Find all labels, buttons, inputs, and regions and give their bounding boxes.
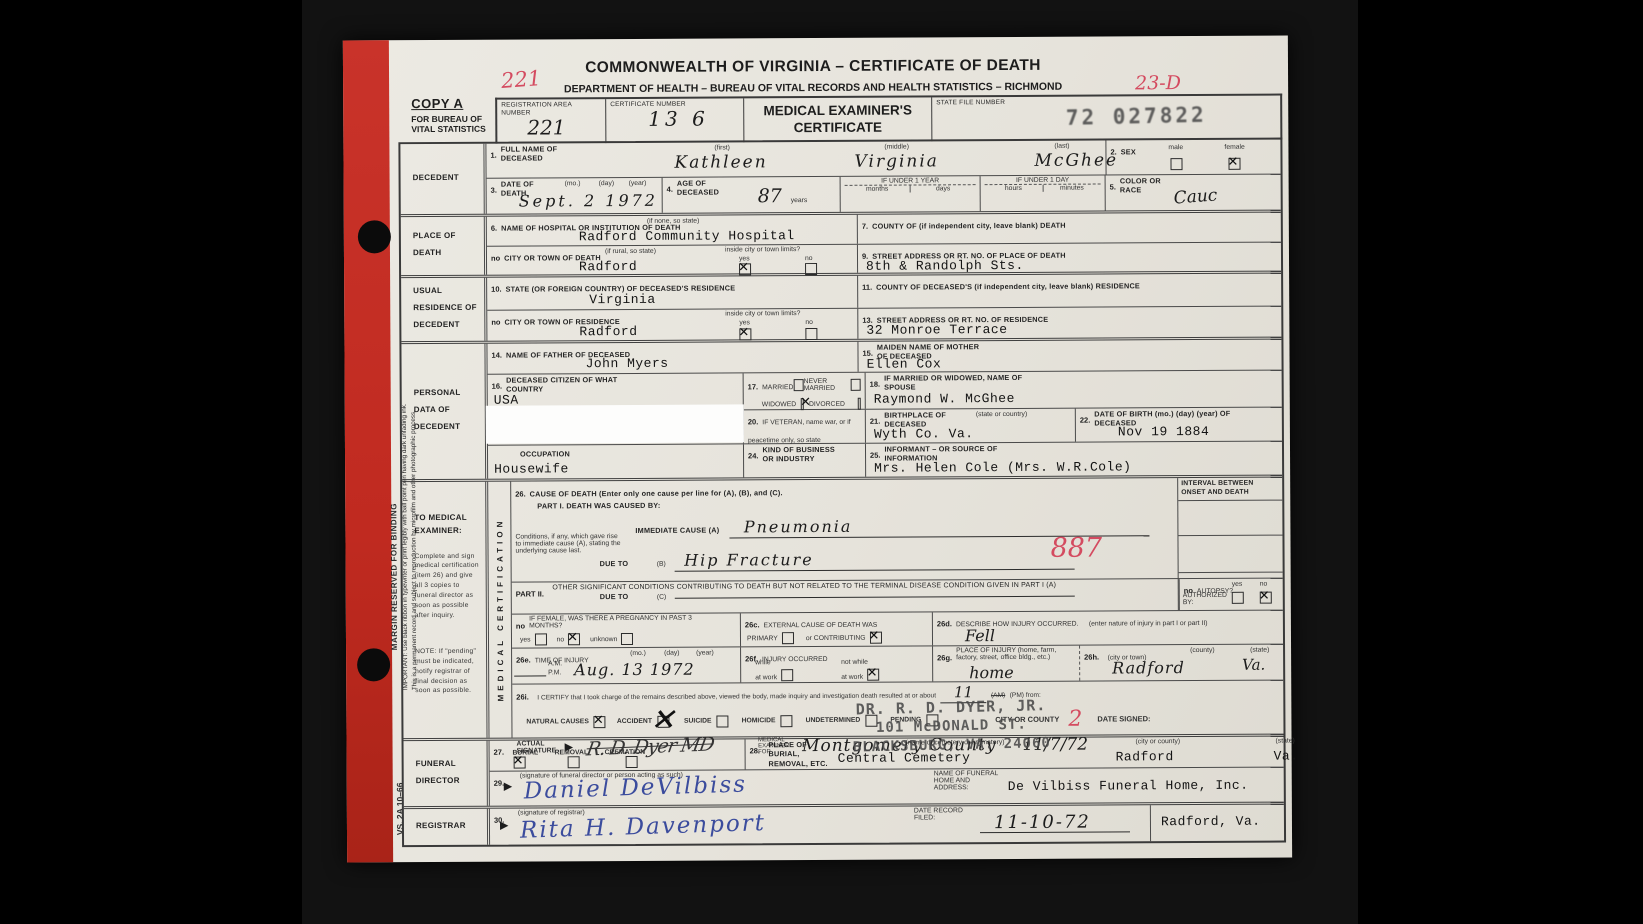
field-7-label: COUNTY OF (if independent city, leave bl… xyxy=(872,221,1066,231)
checkbox-burial xyxy=(514,757,526,769)
redaction-box xyxy=(486,404,744,443)
caption-inj-county: (county) xyxy=(1190,647,1215,654)
caption-homicide: HOMICIDE xyxy=(742,717,776,724)
field-external-cause: 26c.EXTERNAL CAUSE OF DEATH WAS PRIMARY … xyxy=(740,612,932,646)
field-veteran: 20.IF VETERAN, name war, or if peacetime… xyxy=(743,410,865,444)
field-county-residence: 11.COUNTY OF DECEASED'S (if independent … xyxy=(857,274,1281,308)
checkbox-cremation xyxy=(626,756,638,768)
caption-first: (first) xyxy=(714,144,730,151)
checkbox-preg-yes xyxy=(535,633,547,645)
caption-minutes: minutes xyxy=(1043,185,1101,192)
field-marital-status: 17.MARRIED NEVER MARRIED WIDOWED DIVORCE… xyxy=(743,373,865,410)
field-20-label: IF VETERAN, name war, or if peacetime on… xyxy=(748,419,851,445)
field-18-label: IF MARRIED OR WIDOWED, NAME OF SPOUSE xyxy=(884,373,1034,393)
time-blank-line xyxy=(514,675,546,676)
value-inj-city: Radford xyxy=(1112,658,1185,677)
field-24-number: 24. xyxy=(748,451,758,460)
certificate-number-value: 13 6 xyxy=(648,107,739,131)
caption-inj-state: (state) xyxy=(1250,647,1269,654)
certificate-form-grid: 887 DR. R. D. DYER, JR. 101 McDONALD ST.… xyxy=(398,138,1286,848)
caption-b: (B) xyxy=(657,561,666,568)
field-11-number: 11. xyxy=(862,283,872,292)
field-26-head1: CAUSE OF DEATH (Enter only one cause per… xyxy=(530,488,783,498)
caption-male: male xyxy=(1168,144,1183,151)
value-funeral-home: De Vilbiss Funeral Home, Inc. xyxy=(1008,778,1249,794)
field-17-number: 17. xyxy=(748,382,758,391)
field-4-number: 4. xyxy=(667,185,673,194)
sidebar-personal-data: PERSONAL DATA OF DECEDENT xyxy=(401,344,488,479)
sidebar-pending-note: NOTE: If "pending" must be indicated, no… xyxy=(415,647,482,697)
caption-primary: PRIMARY xyxy=(747,635,778,642)
value-burial-state: Va. xyxy=(1274,748,1299,763)
field-8-number: no xyxy=(491,254,500,263)
field-26c-label: EXTERNAL CAUSE OF DEATH WAS xyxy=(764,622,878,630)
field-3-number: 3. xyxy=(491,186,497,195)
value-how-injury: Fell xyxy=(965,626,995,645)
red-registration-annotation: 221 xyxy=(500,66,542,93)
caption-years: years xyxy=(791,197,808,204)
field-injury-occurred: 26f.INJURY OCCURRED while at work not wh… xyxy=(740,646,932,682)
certificate-number-box: CERTIFICATE NUMBER 13 6 xyxy=(605,98,743,143)
checkbox-natural-causes xyxy=(594,716,606,728)
field-spouse: 18.IF MARRIED OR WIDOWED, NAME OF SPOUSE… xyxy=(865,371,1282,409)
checkbox-widowed xyxy=(801,398,804,410)
caption-months: months xyxy=(845,186,911,193)
caption-divorced: DIVORCED xyxy=(809,400,845,407)
field-pregnancy: noIF FEMALE, WAS THERE A PREGNANCY IN PA… xyxy=(512,613,740,647)
field-how-injury: 26d.DESCRIBE HOW INJURY OCCURRED. (enter… xyxy=(932,611,1283,646)
caption-no: no xyxy=(805,255,813,262)
state-file-stamp: 72 027822 xyxy=(996,99,1277,134)
field-16-number: 16. xyxy=(492,382,502,391)
checkbox-suicide xyxy=(717,715,729,727)
field-5-label: COLOR OR RACE xyxy=(1120,176,1166,195)
header-number-boxes: REGISTRATION AREA NUMBER 221 CERTIFICATE… xyxy=(495,94,1282,144)
section-registrar: REGISTRAR 30. ▶ (signature of registrar)… xyxy=(404,802,1284,846)
conditions-note: Conditions, if any, which gave rise to i… xyxy=(515,533,623,555)
field-29-number: 29. xyxy=(494,779,504,788)
value-informant: Mrs. Helen Cole (Mrs. W.R.Cole) xyxy=(874,459,1131,475)
field-color-or-race: 5.COLOR OR RACE Cauc xyxy=(1105,175,1281,211)
field-date-of-birth: 22.DATE OF BIRTH (mo.) (day) (year) OF D… xyxy=(1075,408,1282,442)
field-age: 4.AGE OF DECEASED 87 years xyxy=(662,177,840,213)
caption-never-married: NEVER MARRIED xyxy=(804,378,851,392)
checkbox-removal xyxy=(568,756,580,768)
section-medical: TO MEDICAL EXAMINER: Complete and sign m… xyxy=(402,475,1283,739)
section-decedent: DECEDENT 1.FULL NAME OF DECEASED (first)… xyxy=(400,140,1280,215)
field-2-number: 2. xyxy=(1110,147,1116,156)
field-26d-number: 26d. xyxy=(937,619,952,628)
checkbox-accident xyxy=(657,715,669,727)
field-26b-label: IF FEMALE, WAS THERE A PREGNANCY IN PAST… xyxy=(529,615,699,630)
checkbox-female xyxy=(1228,158,1240,170)
caption-day: (day) xyxy=(599,180,615,187)
field-state-residence: 10.STATE (OR FOREIGN COUNTRY) OF DECEASE… xyxy=(487,276,857,310)
checkbox-married xyxy=(793,379,803,391)
margin-binding-text: MARGIN RESERVED FOR BINDING xyxy=(389,430,399,650)
registrar-arrow-icon: ▶ xyxy=(500,821,509,832)
caption-pm: P.M. xyxy=(548,669,561,676)
part-2-number: PART II. xyxy=(516,589,544,598)
punch-hole-top xyxy=(358,220,391,253)
field-business: 24.KIND OF BUSINESS OR INDUSTRY xyxy=(743,444,865,478)
checkbox-res-limits-no xyxy=(805,328,817,340)
caption-preg-yes: yes xyxy=(520,636,531,643)
field-26c-number: 26c. xyxy=(745,620,760,629)
field-24-label: KIND OF BUSINESS OR INDUSTRY xyxy=(762,445,842,464)
field-26b-number: no xyxy=(516,622,525,631)
checkbox-limits-yes xyxy=(739,263,751,275)
caption-contributing: or CONTRIBUTING xyxy=(806,634,866,641)
value-time-of-injury: Aug. 13 1972 xyxy=(574,660,695,680)
value-first-name: Kathleen xyxy=(674,152,767,172)
certificate-type-line2: CERTIFICATE xyxy=(748,119,927,137)
checkbox-limits-no xyxy=(805,263,817,275)
caption-burial-city: (city or county) xyxy=(1136,738,1181,745)
checkbox-preg-unknown xyxy=(621,633,633,645)
value-date-of-birth: Nov 19 1884 xyxy=(1118,424,1209,439)
red-code-annotation: 887 xyxy=(1050,533,1102,564)
value-state-residence: Virginia xyxy=(589,292,655,307)
checkbox-not-at-work xyxy=(868,668,880,680)
field-1-number: 1. xyxy=(490,151,496,160)
value-father: John Myers xyxy=(586,356,669,371)
state-file-box: STATE FILE NUMBER 72 027822 xyxy=(931,96,1280,142)
field-city-of-death: noCITY OR TOWN OF DEATH (if rural, so st… xyxy=(487,245,857,275)
field-5-number: 5. xyxy=(1110,182,1116,191)
field-cause-of-death: 26.CAUSE OF DEATH (Enter only one cause … xyxy=(511,478,1283,582)
sidebar-usual-residence: USUAL RESIDENCE OF DECEDENT xyxy=(401,278,487,341)
caption-date-filed: DATE RECORD FILED: xyxy=(914,807,974,821)
checkbox-preg-no xyxy=(568,633,580,645)
caption-last: (last) xyxy=(1054,143,1069,150)
value-registrar-place: Radford, Va. xyxy=(1161,814,1261,830)
funeral-director-signature: Daniel DeVilbiss xyxy=(523,771,747,804)
checkbox-divorced xyxy=(858,398,861,410)
sidebar-me-note: Complete and sign medical certification … xyxy=(415,551,482,621)
field-26-number: 26. xyxy=(515,490,525,499)
certificate-title: COMMONWEALTH OF VIRGINIA – CERTIFICATE O… xyxy=(433,56,1193,78)
field-14-number: 14. xyxy=(491,351,501,360)
sidebar-registrar: REGISTRAR xyxy=(404,809,490,845)
caption-hours: hours xyxy=(985,185,1044,192)
interval-label: INTERVAL BETWEEN ONSET AND DEATH xyxy=(1178,478,1282,500)
field-street-of-death: 9.STREET ADDRESS OR RT. NO. OF PLACE OF … xyxy=(857,243,1281,273)
value-occupation: Housewife xyxy=(494,461,569,476)
field-20-number: 20. xyxy=(748,417,758,426)
value-age: 87 xyxy=(758,185,782,207)
field-26h-number: 26h. xyxy=(1084,653,1099,662)
part-2-label: OTHER SIGNIFICANT CONDITIONS CONTRIBUTIN… xyxy=(552,580,1112,592)
field-full-name: 1.FULL NAME OF DECEASED (first) (middle)… xyxy=(486,140,1105,177)
field-hospital: 6.NAME OF HOSPITAL OR INSTITUTION OF DEA… xyxy=(487,215,857,246)
caption-inj-mo: (mo.) xyxy=(630,650,646,657)
caption-preg-unknown: unknown xyxy=(590,636,617,643)
field-registrar-place: Radford, Va. xyxy=(1150,805,1284,842)
caption-not-at-work: at work xyxy=(841,674,863,681)
field-26e-number: 26e. xyxy=(516,656,531,665)
checkbox-primary xyxy=(782,632,794,644)
binding-strip xyxy=(343,40,393,862)
label-due-to-b: DUE TO xyxy=(600,559,629,568)
certificate-type-box: MEDICAL EXAMINER'S CERTIFICATE xyxy=(743,97,931,142)
caption-limits-res: inside city or town limits? xyxy=(725,310,800,317)
caption-state-or-country: (state or country) xyxy=(976,411,1027,418)
registration-area-value: 221 xyxy=(527,115,601,139)
field-26g-number: 26g. xyxy=(937,653,952,662)
caption-am: A.M. xyxy=(548,660,562,667)
caption-married: MARRIED xyxy=(762,384,793,391)
section-place-of-death: PLACE OF DEATH 6.NAME OF HOSPITAL OR INS… xyxy=(401,210,1281,276)
field-date-filed: DATE RECORD FILED: 11-10-72 xyxy=(910,805,1150,842)
sidebar-place-of-death: PLACE OF DEATH xyxy=(401,217,487,275)
value-cause-a: Pneumonia xyxy=(744,517,853,537)
field-21-number: 21. xyxy=(870,417,880,426)
value-street-of-death: 8th & Randolph Sts. xyxy=(866,258,1024,274)
field-registrar-signature: 30. ▶ (signature of registrar) Rita H. D… xyxy=(490,807,910,845)
value-city-residence: Radford xyxy=(579,324,637,339)
punch-hole-bottom xyxy=(357,648,390,681)
caption-mo: (mo.) xyxy=(565,180,581,187)
death-certificate-document: MARGIN RESERVED FOR BINDING IMPORTANT: U… xyxy=(343,36,1292,863)
value-place-of-injury: home xyxy=(969,663,1014,682)
caption-if-none: (if none, so state) xyxy=(647,218,700,225)
field-22-number: 22. xyxy=(1080,416,1090,425)
value-street-residence: 32 Monroe Terrace xyxy=(866,322,1007,338)
medical-examiner-stamp: DR. R. D. DYER, JR. 101 McDONALD ST. BLA… xyxy=(791,694,1112,759)
caption-natural-causes: NATURAL CAUSES xyxy=(526,718,588,725)
field-2-label: SEX xyxy=(1121,147,1136,156)
field-time-of-injury: 26e.TIME OF INJURY (mo.) (day) (year) A.… xyxy=(512,647,740,683)
caption-funeral-home: NAME OF FUNERAL HOME AND ADDRESS: xyxy=(934,770,1004,791)
fd-arrow-icon: ▶ xyxy=(504,782,513,793)
field-part-2: PART II. OTHER SIGNIFICANT CONDITIONS CO… xyxy=(512,579,1179,613)
field-26i-number: 26i. xyxy=(516,693,529,702)
field-16-label: DECEASED CITIZEN OF WHAT COUNTRY xyxy=(506,375,626,395)
field-under-1-day: IF UNDER 1 DAY hours minutes xyxy=(980,175,1105,211)
caption-suicide: SUICIDE xyxy=(684,718,712,725)
interval-cell-c xyxy=(1179,571,1283,603)
field-26g-label: PLACE OF INJURY (home, farm, factory, st… xyxy=(956,647,1074,662)
field-28-number: 28. xyxy=(750,746,760,755)
checkbox-never-married xyxy=(850,379,860,391)
caption-days: days xyxy=(911,185,976,192)
field-disposition: 27. BURIAL REMOVAL CREMATION xyxy=(490,739,745,770)
value-middle-name: Virginia xyxy=(854,151,938,171)
field-11-label: COUNTY OF DECEASED'S (if independent cit… xyxy=(876,281,1140,291)
field-city-residence: noCITY OR TOWN OF RESIDENCE inside city … xyxy=(487,309,857,341)
field-funeral-home: NAME OF FUNERAL HOME AND ADDRESS: De Vil… xyxy=(930,768,1284,804)
section-usual-residence: USUAL RESIDENCE OF DECEDENT 10.STATE (OR… xyxy=(401,271,1281,342)
medical-certification-strip: MEDICAL CERTIFICATION xyxy=(488,482,512,738)
value-birthplace: Wyth Co. Va. xyxy=(874,426,974,442)
field-4-label: AGE OF DECEASED xyxy=(677,178,737,197)
field-birthplace: 21.BIRTHPLACE OF DECEASED (state or coun… xyxy=(865,409,1075,443)
caption-year: (year) xyxy=(629,180,647,187)
label-immediate-cause: IMMEDIATE CAUSE (A) xyxy=(635,526,719,535)
field-18-number: 18. xyxy=(870,380,880,389)
caption-widowed: WIDOWED xyxy=(762,401,796,408)
field-county-of-death: 7.COUNTY OF (if independent city, leave … xyxy=(857,213,1281,244)
caption-while-at-work: at work xyxy=(755,674,777,681)
caption-if-rural: (if rural, so state) xyxy=(605,248,656,255)
value-city-of-death: Radford xyxy=(579,259,637,274)
field-informant: 25.INFORMANT – OR SOURCE OF INFORMATION … xyxy=(865,442,1282,477)
caption-inj-day: (day) xyxy=(664,650,680,657)
field-father: 14.NAME OF FATHER OF DECEASED John Myers xyxy=(487,342,857,374)
field-occupation: OCCUPATION Housewife xyxy=(488,444,743,478)
sidebar-decedent: DECEDENT xyxy=(400,144,486,214)
sidebar-funeral-director: FUNERAL DIRECTOR xyxy=(404,741,490,806)
value-mother: Ellen Cox xyxy=(867,356,942,371)
caption-female: female xyxy=(1224,144,1244,151)
checkbox-male xyxy=(1170,158,1182,170)
sidebar-medical: TO MEDICAL EXAMINER: Complete and sign m… xyxy=(402,482,489,738)
field-funeral-director-signature: 29. ▶ (signature of funeral director or … xyxy=(490,769,930,805)
medical-certification-label: MEDICAL CERTIFICATION xyxy=(495,518,505,702)
registration-area-box: REGISTRATION AREA NUMBER 221 xyxy=(497,99,605,144)
field-7-number: 7. xyxy=(862,222,868,231)
interval-cell-a xyxy=(1178,499,1282,535)
value-spouse: Raymond W. McGhee xyxy=(874,391,1015,407)
field-under-1-year: IF UNDER 1 YEAR months days xyxy=(840,176,980,212)
field-1-label: FULL NAME OF DECEASED xyxy=(501,144,571,163)
value-inj-state: Va. xyxy=(1242,656,1265,674)
caption-inj-year: (year) xyxy=(696,650,714,657)
caption-preg-no: no xyxy=(557,636,565,643)
checkbox-contributing xyxy=(869,632,881,644)
caption-no-res: no xyxy=(805,319,813,326)
field-sex: 2.SEX male female xyxy=(1105,140,1280,175)
value-color-race: Cauc xyxy=(1173,185,1218,208)
field-27-number: 27. xyxy=(494,748,504,757)
checkbox-while-at-work xyxy=(782,669,794,681)
certificate-subtitle: DEPARTMENT OF HEALTH – BUREAU OF VITAL R… xyxy=(433,80,1193,96)
caption-burial-state: (state) xyxy=(1276,738,1295,745)
caption-accident: ACCIDENT xyxy=(617,718,652,725)
value-date-filed: 11-10-72 xyxy=(994,812,1091,834)
red-file-annotation: 23-D xyxy=(1135,72,1181,94)
field-mother: 15.MAIDEN NAME OF MOTHER OF DECEASED Ell… xyxy=(857,340,1281,372)
value-date-of-death: Sept. 2 1972 xyxy=(519,191,658,211)
value-hospital: Radford Community Hospital xyxy=(579,228,795,244)
caption-middle: (middle) xyxy=(884,144,909,151)
field-12-number: no xyxy=(491,318,500,327)
field-date-of-death: 3.DATE OF DEATH (mo.) (day) (year) Sept.… xyxy=(487,178,662,214)
field-25-number: 25. xyxy=(870,451,880,460)
interval-cell-b xyxy=(1178,534,1282,572)
value-burial-city: Radford xyxy=(1116,749,1174,764)
field-10-number: 10. xyxy=(491,285,501,294)
field-place-of-injury: 26g.PLACE OF INJURY (home, farm, factory… xyxy=(932,646,1080,682)
field-injury-location: 26h. (city or town) (county) (state) Rad… xyxy=(1080,645,1283,681)
checkbox-res-limits-yes xyxy=(739,328,751,340)
value-cause-b: Hip Fracture xyxy=(684,551,814,571)
field-6-number: 6. xyxy=(491,224,497,233)
caption-nature-of-injury: (enter nature of injury in part I or par… xyxy=(1089,620,1208,628)
caption-limits-death: inside city or town limits? xyxy=(725,246,800,253)
field-street-residence: 13.STREET ADDRESS OR RT. NO. OF RESIDENC… xyxy=(857,307,1281,339)
field-23-label: OCCUPATION xyxy=(520,448,739,459)
interval-column: INTERVAL BETWEEN ONSET AND DEATH xyxy=(1177,478,1283,611)
certificate-type-line1: MEDICAL EXAMINER'S xyxy=(748,103,927,121)
sidebar-to-medical-examiner: TO MEDICAL EXAMINER: xyxy=(414,512,481,538)
